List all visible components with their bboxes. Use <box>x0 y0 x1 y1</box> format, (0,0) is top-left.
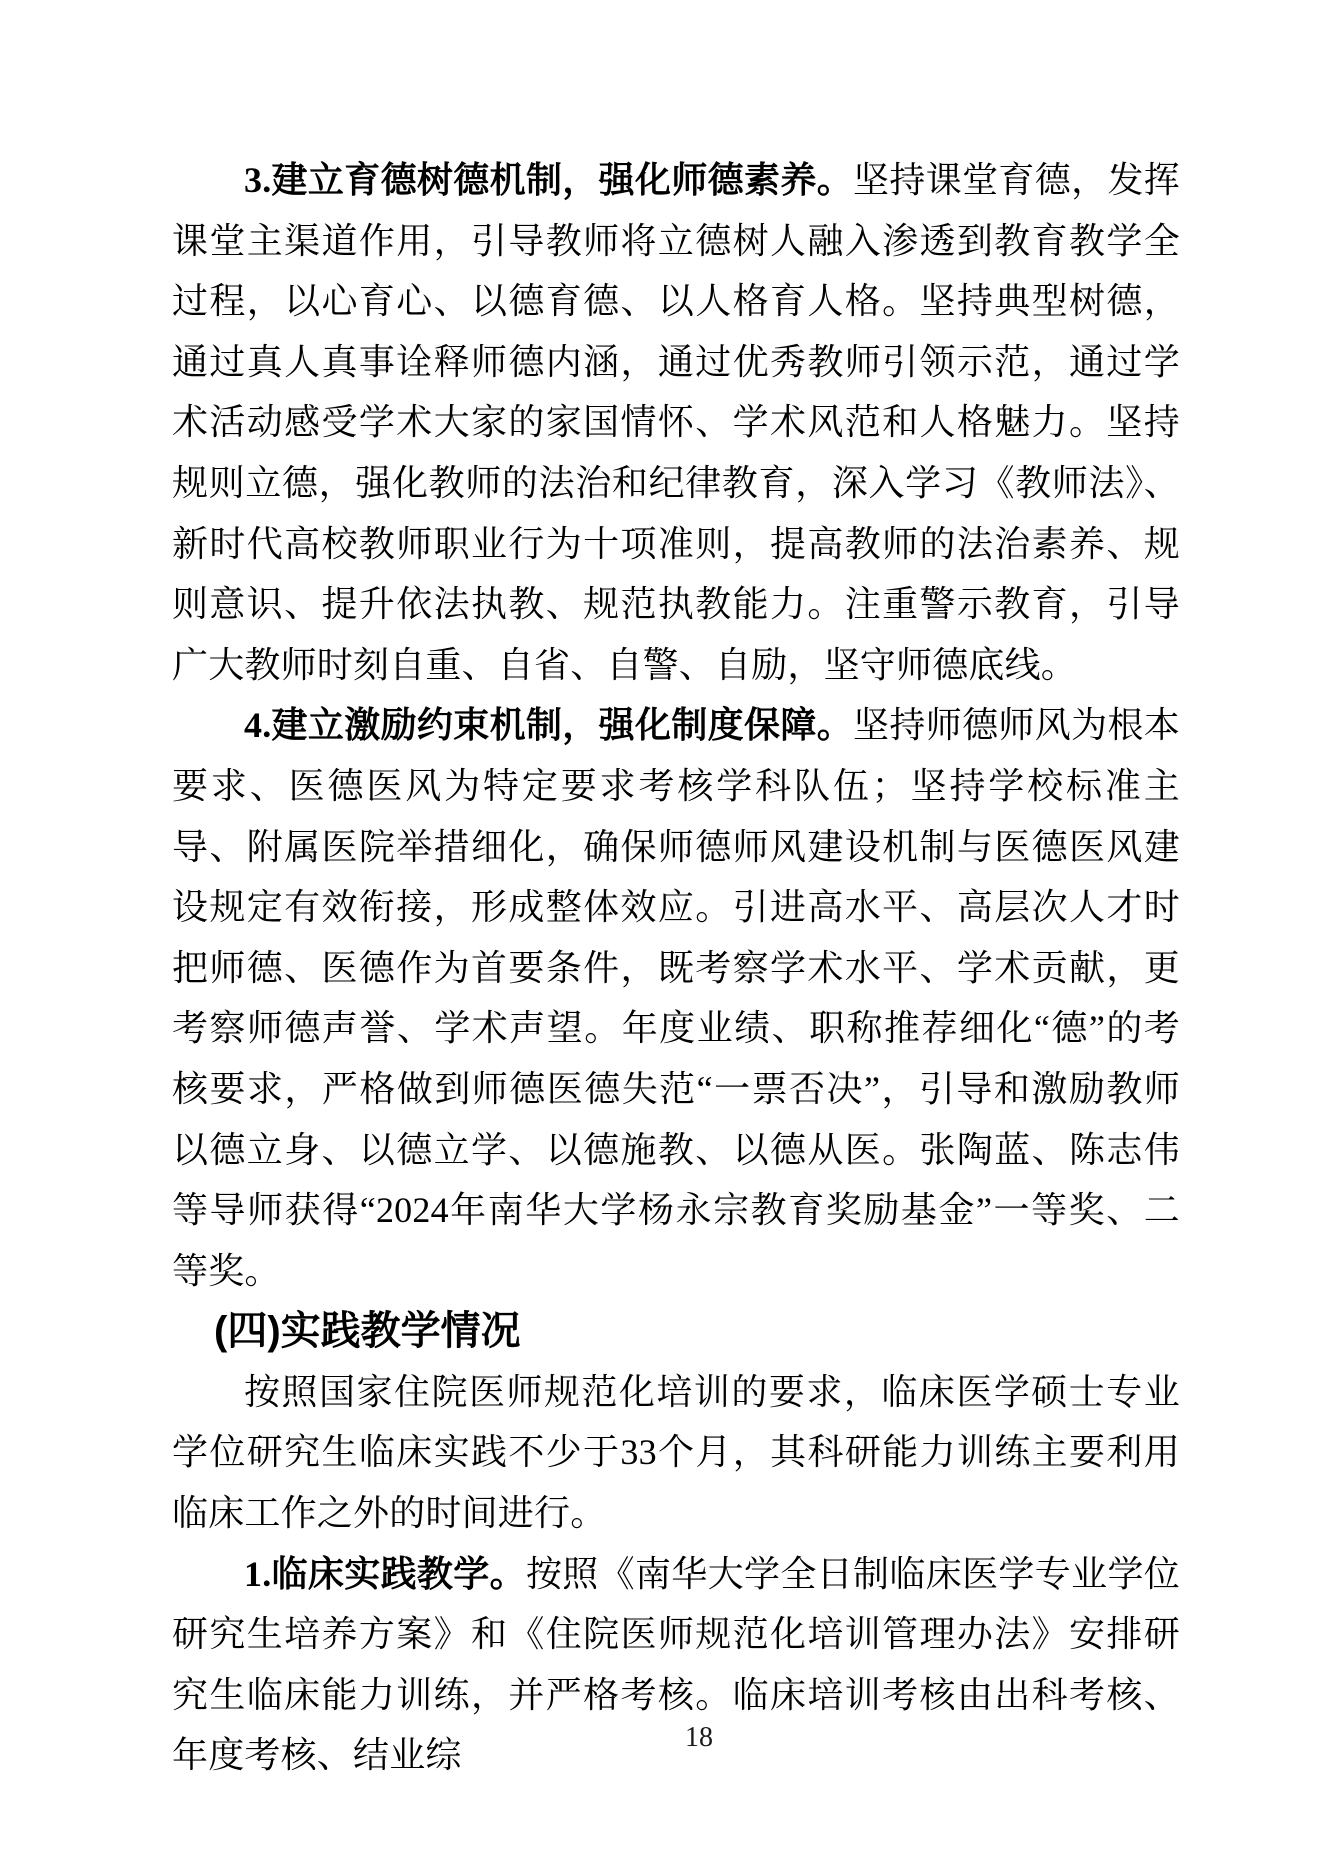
document-text-block: 3.建立育德树德机制，强化师德素养。坚持课堂育德，发挥课堂主渠道作用，引导教师将… <box>172 150 1180 1786</box>
paragraph-practice-intro: 按照国家住院医师规范化培训的要求，临床医学硕士专业学位研究生临床实践不少于33个… <box>172 1362 1180 1544</box>
document-page: 3.建立育德树德机制，强化师德素养。坚持课堂育德，发挥课堂主渠道作用，引导教师将… <box>0 0 1323 1871</box>
paragraph-incentive-mechanism-lead: 4.建立激励约束机制，强化制度保障。 <box>244 705 853 745</box>
paragraph-incentive-mechanism: 4.建立激励约束机制，强化制度保障。坚持师德师风为根本要求、医德医风为特定要求考… <box>172 695 1180 1301</box>
paragraph-clinical-teaching-lead: 1.临床实践教学。 <box>244 1554 526 1594</box>
paragraph-moral-mechanism-lead: 3.建立育德树德机制，强化师德素养。 <box>244 160 853 200</box>
paragraph-moral-mechanism: 3.建立育德树德机制，强化师德素养。坚持课堂育德，发挥课堂主渠道作用，引导教师将… <box>172 150 1180 695</box>
paragraph-practice-intro-body: 按照国家住院医师规范化培训的要求，临床医学硕士专业学位研究生临床实践不少于33个… <box>172 1372 1180 1533</box>
page-number: 18 <box>659 1722 739 1754</box>
paragraph-incentive-mechanism-body: 坚持师德师风为根本要求、医德医风为特定要求考核学科队伍；坚持学校标准主导、附属医… <box>172 705 1180 1290</box>
section-heading-practice-teaching: (四)实践教学情况 <box>172 1301 1180 1362</box>
paragraph-moral-mechanism-body: 坚持课堂育德，发挥课堂主渠道作用，引导教师将立德树人融入渗透到教育教学全过程，以… <box>172 160 1180 685</box>
